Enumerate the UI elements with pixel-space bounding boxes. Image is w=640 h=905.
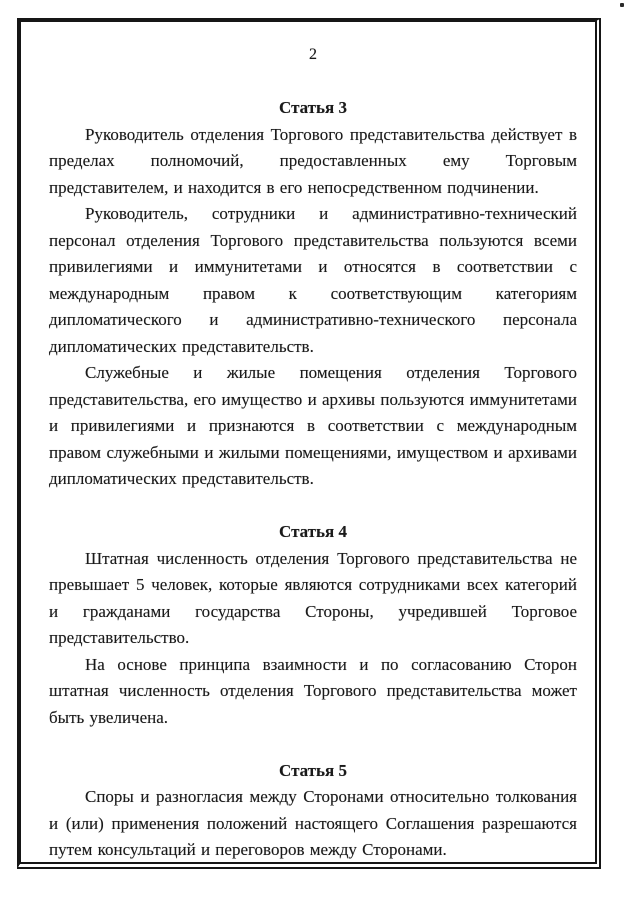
article-5-title: Статья 5 <box>49 758 577 785</box>
article-3-paragraph-1: Руководитель отделения Торгового предста… <box>49 122 577 202</box>
article-4: Статья 4 Штатная численность отделения Т… <box>49 519 577 731</box>
article-3-title: Статья 3 <box>49 95 577 122</box>
article-5-paragraph-1: Споры и разногласия между Сторонами отно… <box>49 784 577 864</box>
page-content: 2 Статья 3 Руководитель отделения Торгов… <box>21 22 595 862</box>
article-3-paragraph-2: Руководитель, сотрудники и административ… <box>49 201 577 360</box>
article-4-paragraph-1: Штатная численность отделения Торгового … <box>49 546 577 652</box>
scanned-document-page: { "page": { "number": "2" }, "articles":… <box>0 0 640 905</box>
page-border-frame: 2 Статья 3 Руководитель отделения Торгов… <box>17 18 601 869</box>
article-4-title: Статья 4 <box>49 519 577 546</box>
article-4-paragraph-2: На основе принципа взаимности и по согла… <box>49 652 577 732</box>
page-number: 2 <box>49 42 577 69</box>
article-3: Статья 3 Руководитель отделения Торговог… <box>49 95 577 493</box>
article-5: Статья 5 Споры и разногласия между Сторо… <box>49 758 577 864</box>
scan-artifact-dot <box>620 3 624 7</box>
article-3-paragraph-3: Служебные и жилые помещения отделения То… <box>49 360 577 493</box>
